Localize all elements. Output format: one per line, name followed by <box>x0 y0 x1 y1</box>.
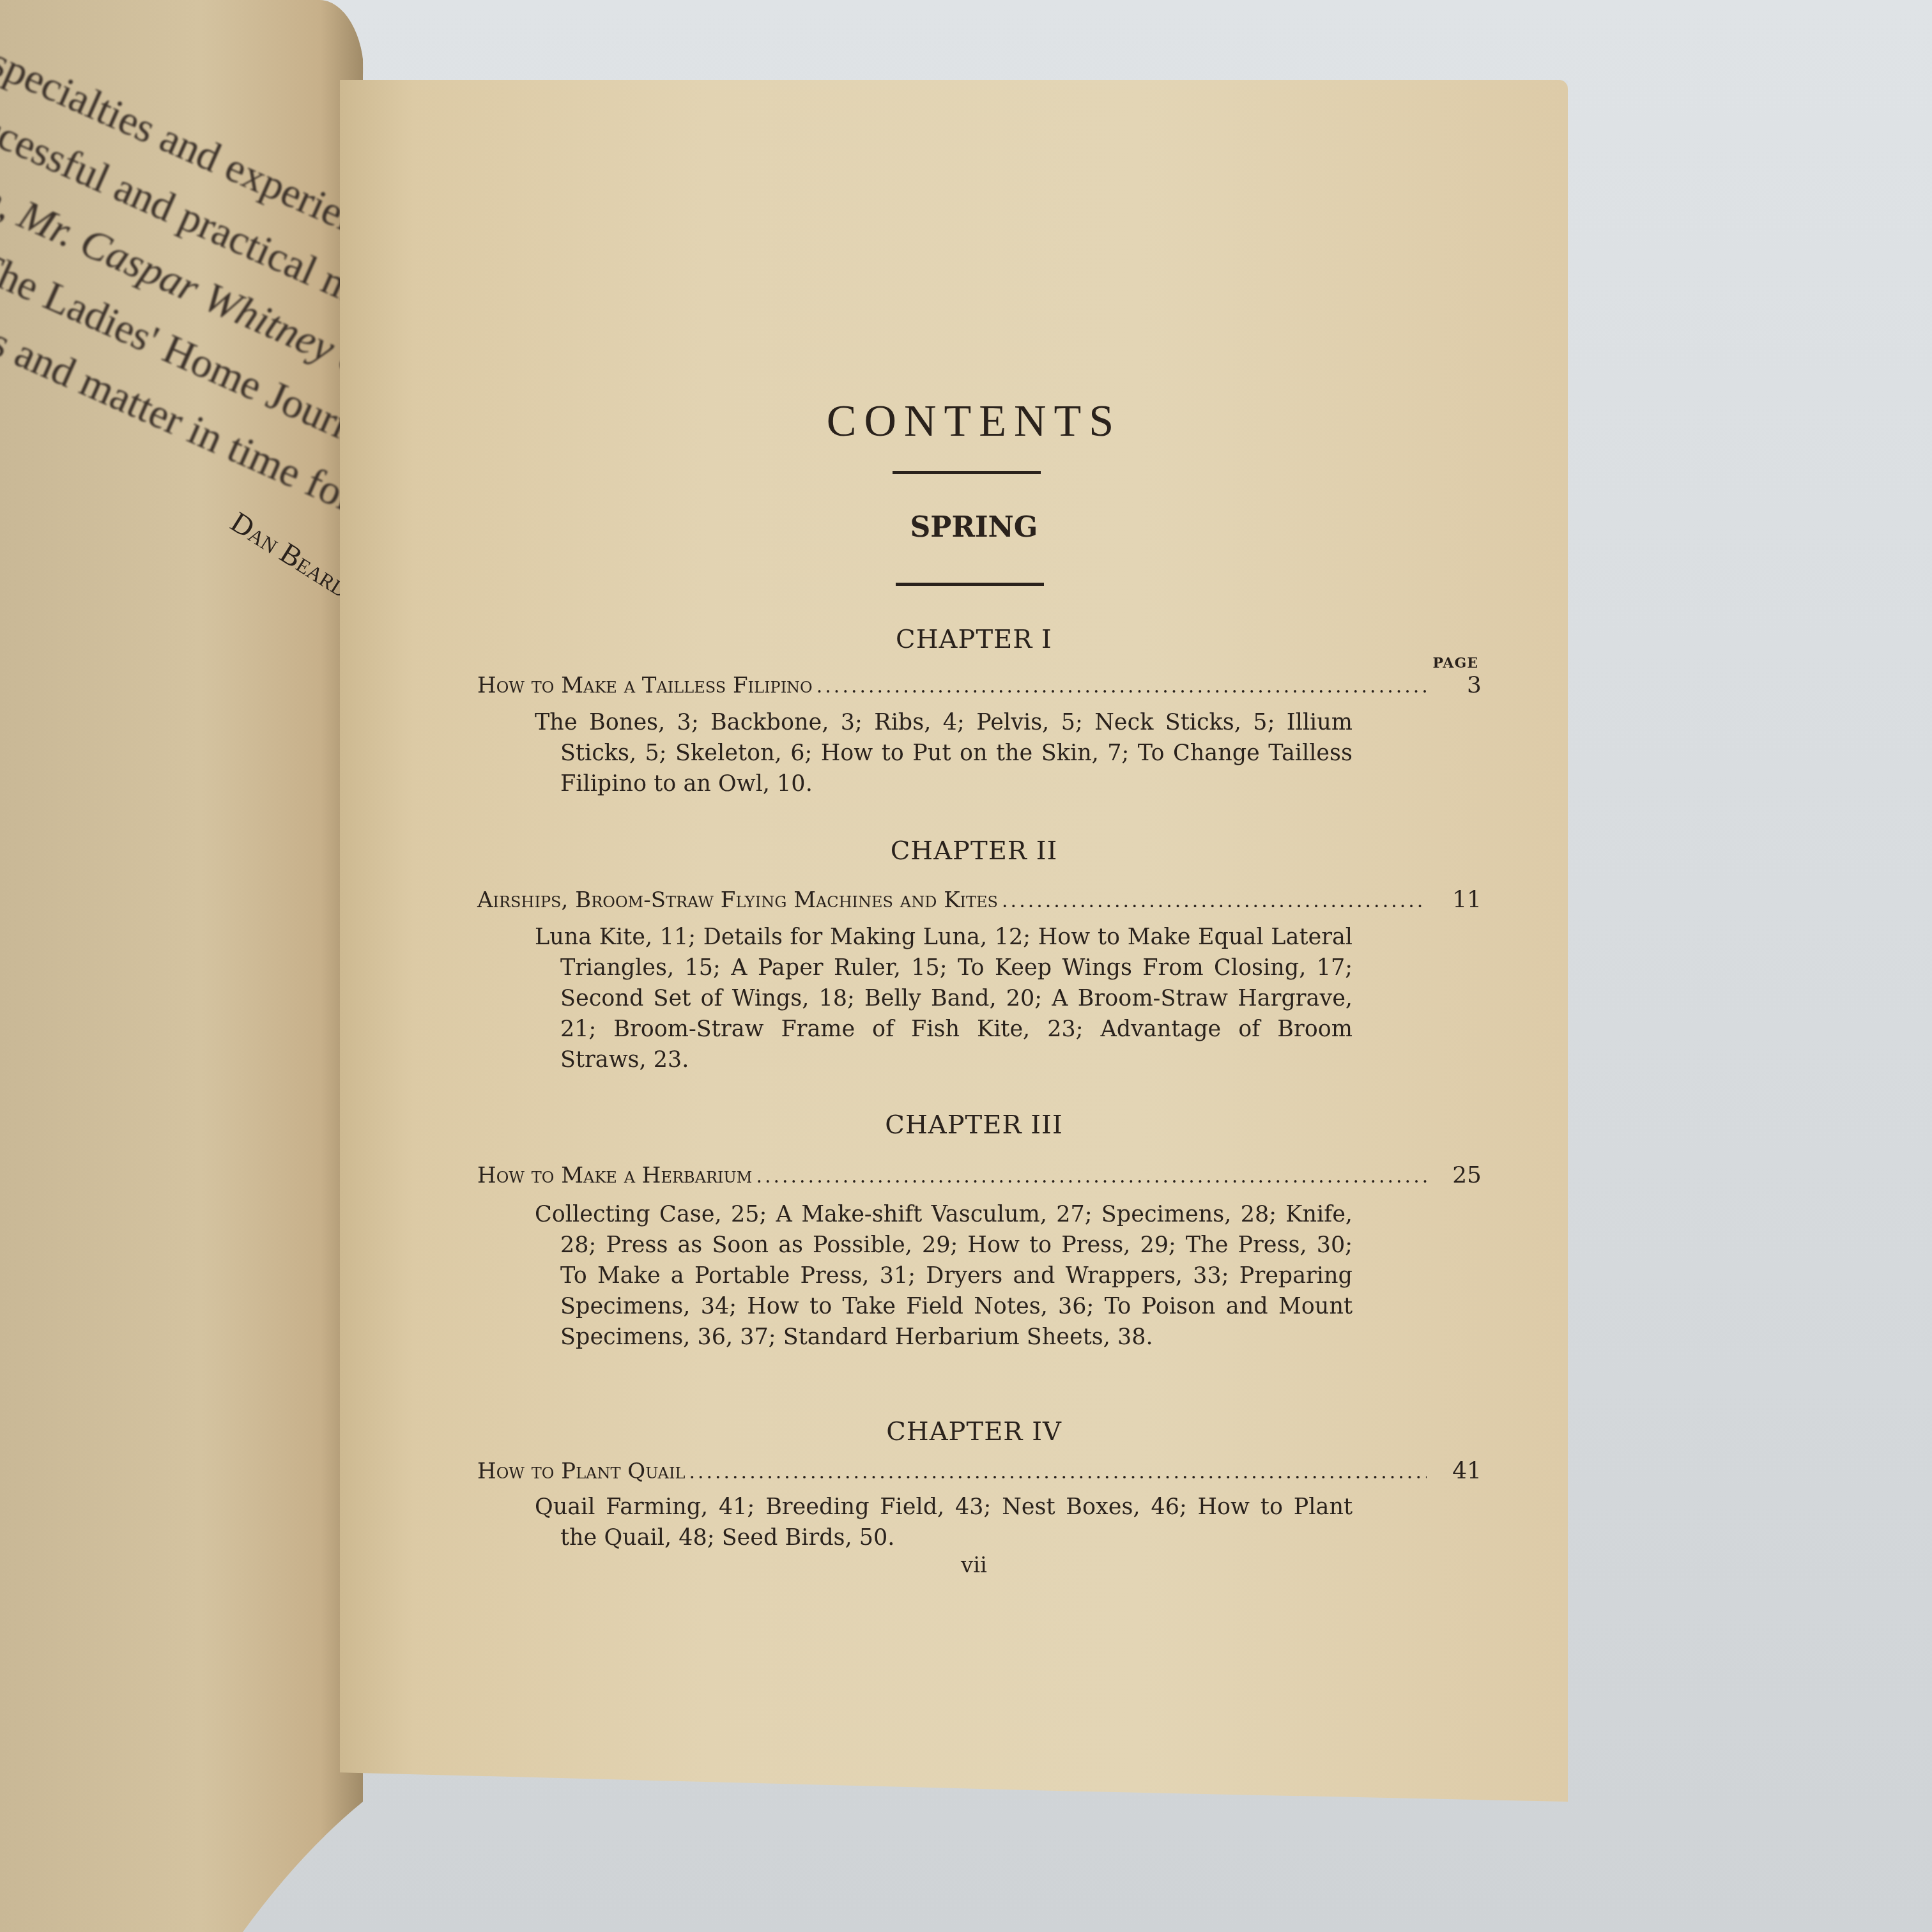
chapter-title: How to Plant Quail <box>477 1459 685 1484</box>
chapter-heading: CHAPTER I <box>477 625 1471 654</box>
leader-dots: ........................................… <box>689 1461 1427 1483</box>
page-number: 3 <box>1456 672 1482 698</box>
chapter-heading: CHAPTER III <box>477 1110 1471 1140</box>
toc-entry[interactable]: Airships, Broom-Straw Flying Machines an… <box>477 887 1482 913</box>
chapter-title: How to Make a Tailless Filipino <box>477 673 813 698</box>
leader-dots: ........................................… <box>816 675 1430 698</box>
leader-dots: ........................................… <box>1002 890 1427 912</box>
chapter-heading: CHAPTER II <box>477 836 1471 866</box>
toc-entry[interactable]: How to Make a Tailless Filipino ........… <box>477 672 1482 698</box>
leader-dots: ........................................… <box>756 1165 1427 1188</box>
chapter-title: How to Make a Herbarium <box>477 1163 752 1188</box>
left-page-text: specialties and experiences enabled succ… <box>0 26 364 551</box>
toc-entry[interactable]: How to Plant Quail .....................… <box>477 1458 1482 1484</box>
page-title: CONTENTS <box>477 396 1471 447</box>
title-divider <box>893 471 1041 474</box>
page-folio: vii <box>477 1552 1471 1578</box>
chapter-topics: Luna Kite, 11; Details for Making Luna, … <box>535 922 1353 1075</box>
chapter-topics: Quail Farming, 41; Breeding Field, 43; N… <box>535 1492 1353 1553</box>
left-page: specialties and experiences enabled succ… <box>0 0 364 1932</box>
page-number: 11 <box>1452 887 1482 913</box>
toc-entry[interactable]: How to Make a Herbarium ................… <box>477 1162 1482 1188</box>
page-column-label: PAGE <box>1432 655 1478 671</box>
page-number: 25 <box>1452 1162 1482 1188</box>
chapter-title: Airships, Broom-Straw Flying Machines an… <box>477 887 998 913</box>
chapter-heading: CHAPTER IV <box>477 1417 1471 1446</box>
season-divider <box>896 583 1044 586</box>
right-page: CONTENTS SPRING CHAPTER I PAGE How to Ma… <box>340 80 1568 1802</box>
page-number: 41 <box>1452 1458 1482 1484</box>
season-heading: SPRING <box>477 511 1471 544</box>
chapter-topics: Collecting Case, 25; A Make-shift Vascul… <box>535 1199 1353 1353</box>
chapter-topics: The Bones, 3; Backbone, 3; Ribs, 4; Pelv… <box>535 707 1353 799</box>
